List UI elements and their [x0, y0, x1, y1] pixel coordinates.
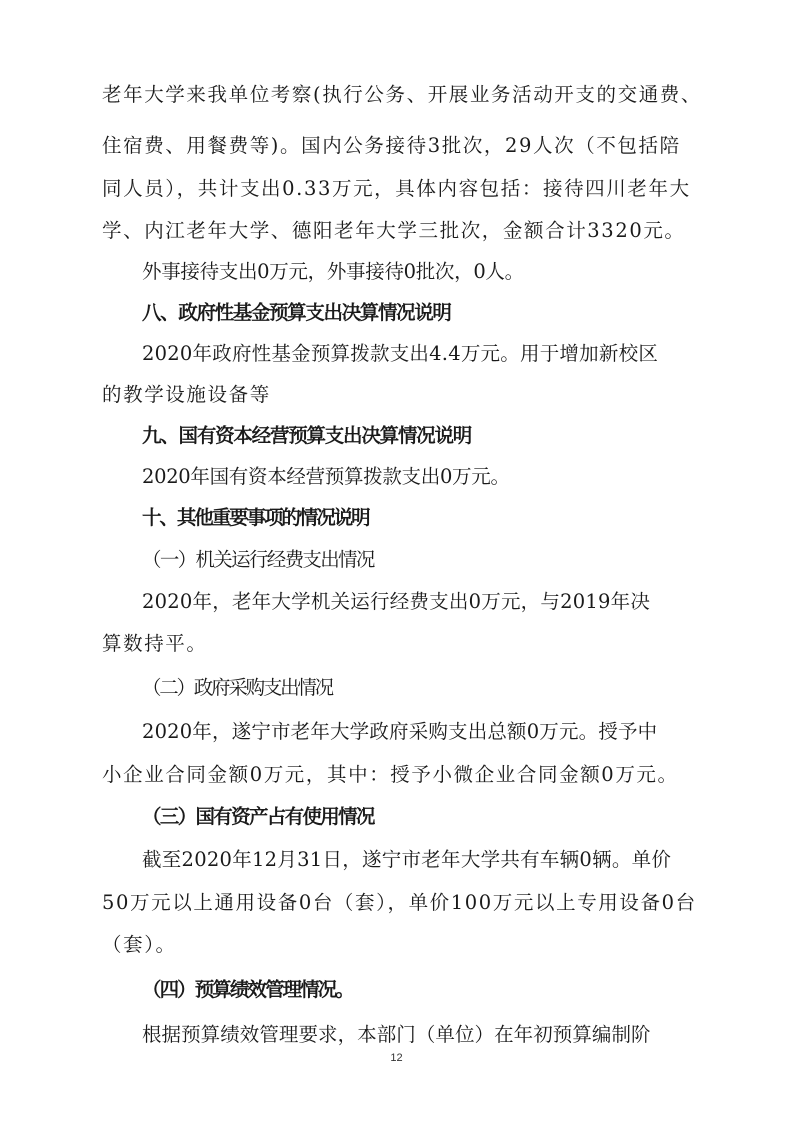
paragraph-line: 截至2020年12月31日，遂宁市老年大学共有车辆0辆。单价: [142, 846, 742, 874]
paragraph-line: 根据预算绩效管理要求，本部门（单位）在年初预算编制阶: [142, 1021, 742, 1049]
subsection-heading: （二）政府采购支出情况: [142, 674, 742, 702]
page-number: 12: [0, 1052, 793, 1064]
paragraph-line: 小企业合同金额0万元，其中：授予小微企业合同金额0万元。: [102, 761, 702, 789]
paragraph-line: 学、内江老年大学、德阳老年大学三批次，金额合计3320元。: [102, 217, 702, 245]
paragraph-line: 住宿费、用餐费等)。国内公务接待3批次，29人次（不包括陪: [102, 132, 702, 160]
document-page: 老年大学来我单位考察(执行公务、开展业务活动开支的交通费、住宿费、用餐费等)。国…: [0, 0, 793, 1122]
paragraph-line: 外事接待支出0万元，外事接待0批次，0人。: [142, 258, 742, 286]
paragraph-line: 老年大学来我单位考察(执行公务、开展业务活动开支的交通费、: [102, 81, 702, 109]
paragraph-line: 同人员），共计支出0.33万元，具体内容包括：接待四川老年大: [102, 175, 702, 203]
paragraph-line: 2020年政府性基金预算拨款支出4.4万元。用于增加新校区: [142, 340, 742, 368]
paragraph-line: 50万元以上通用设备0台（套），单价100万元以上专用设备0台: [102, 889, 702, 917]
paragraph-line: （套）。: [102, 931, 702, 959]
paragraph-line: 算数持平。: [102, 630, 702, 658]
paragraph-line: 2020年国有资本经营预算拨款支出0万元。: [142, 463, 742, 491]
subsection-heading: （四）预算绩效管理情况。: [142, 976, 742, 1004]
paragraph-line: 的教学设施设备等: [102, 381, 702, 409]
section-heading: 八、政府性基金预算支出决算情况说明: [142, 299, 742, 327]
paragraph-line: 2020年，遂宁市老年大学政府采购支出总额0万元。授予中: [142, 718, 742, 746]
section-heading: 十、其他重要事项的情况说明: [142, 504, 742, 532]
paragraph-line: 2020年，老年大学机关运行经费支出0万元，与2019年决: [142, 588, 742, 616]
section-heading: 九、国有资本经营预算支出决算情况说明: [142, 422, 742, 450]
subsection-heading: （三）国有资产占有使用情况: [142, 803, 742, 831]
subsection-heading: （一）机关运行经费支出情况: [142, 546, 742, 574]
